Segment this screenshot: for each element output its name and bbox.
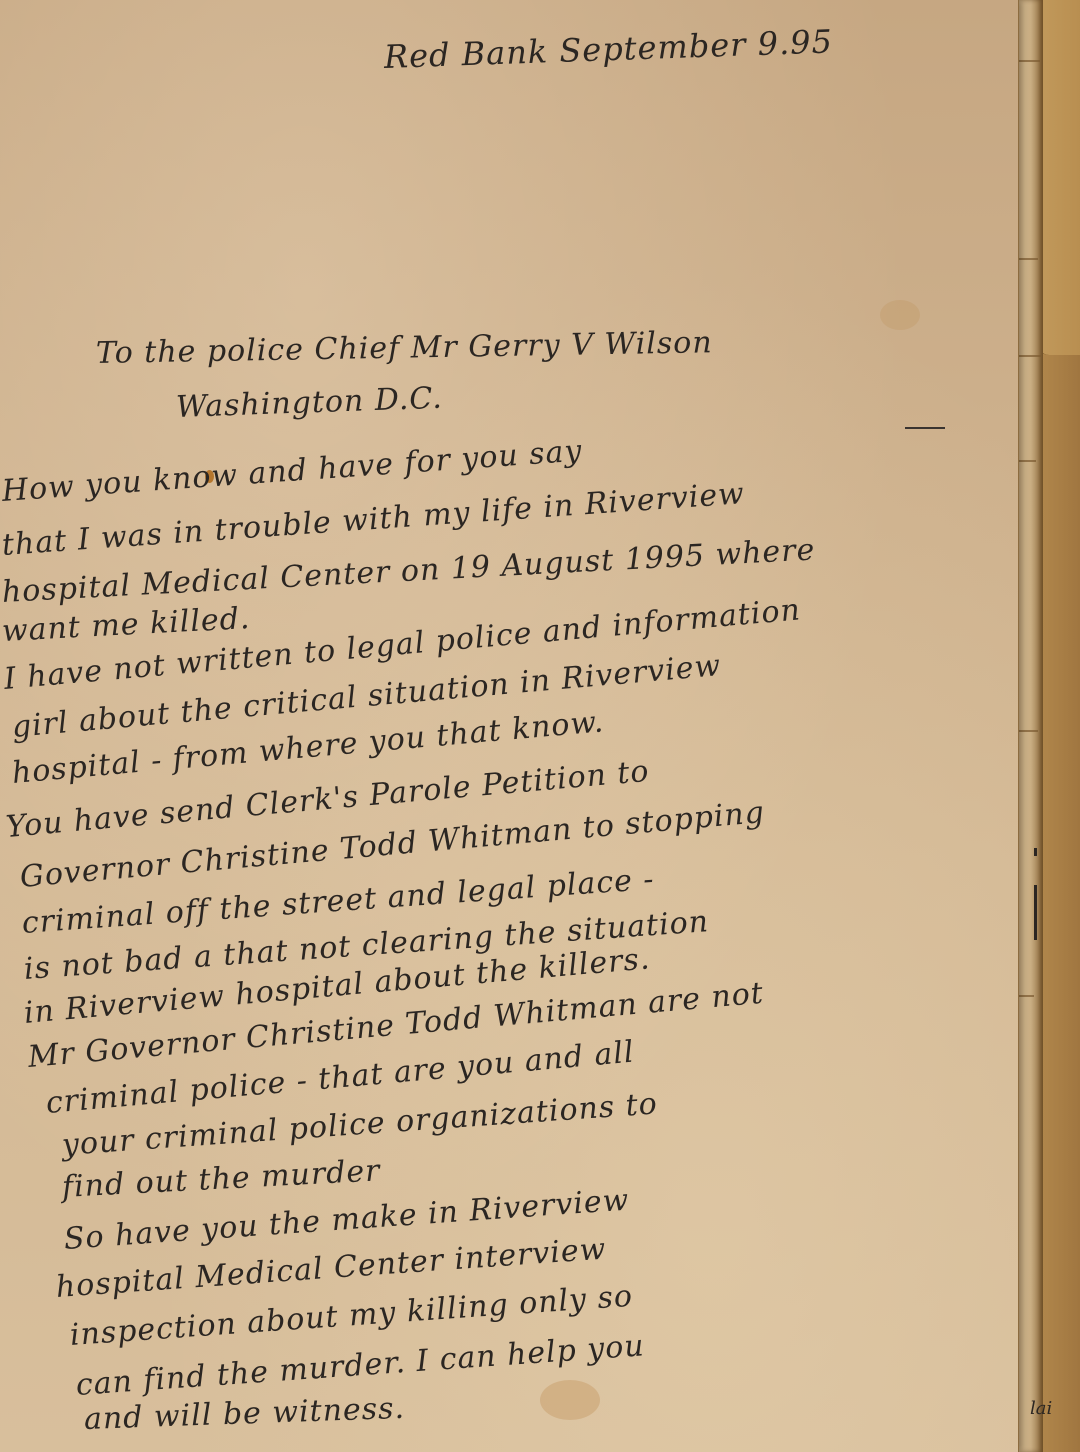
edge-tear [1018,730,1038,732]
edge-tear [1018,60,1040,62]
addressee-dash [905,427,945,429]
margin-text-fragment: lai [1030,1398,1052,1419]
margin-ink-mark [1034,885,1037,940]
paper-stain [880,300,920,330]
place-date: Red Bank September 9.95 [383,22,833,76]
margin-ink-mark [1034,848,1037,856]
edge-tear [1018,995,1034,997]
body-line: find out the murder [61,1153,381,1205]
letter-photo: lai Red Bank September 9.95 To the polic… [0,0,1080,1452]
body-line: want me killed. [1,601,251,649]
letter-sheet: Red Bank September 9.95 To the police Ch… [0,0,1019,1452]
edge-tear [1018,258,1038,260]
addressee-line-2: Washington D.C. [175,381,443,425]
edge-tear [1018,355,1042,357]
addressee-line-1: To the police Chief Mr Gerry V Wilson [96,325,713,371]
paper-stain [540,1380,600,1420]
edge-tear [1018,460,1036,462]
